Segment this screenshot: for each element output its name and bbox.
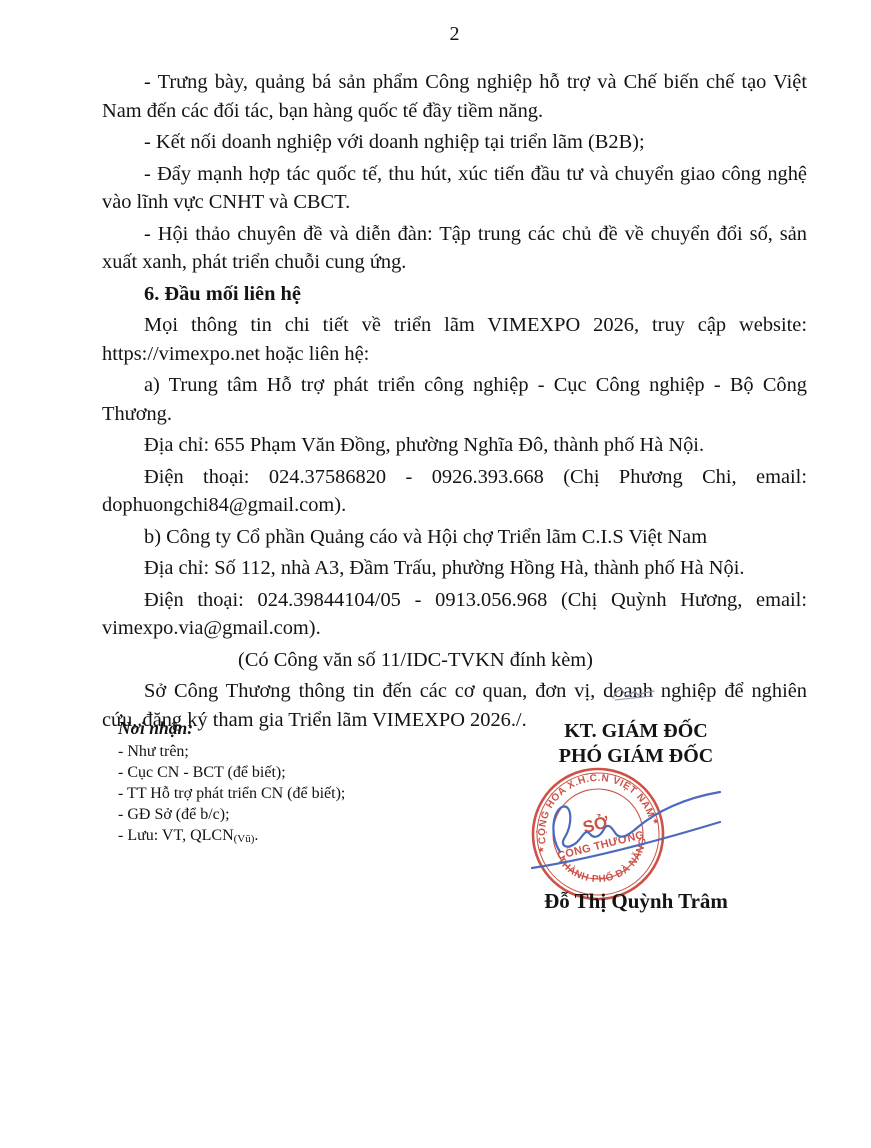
stamp-outer-ring-inner-line — [530, 766, 666, 902]
recipient-item-text: - Lưu: VT, QLCN — [118, 827, 234, 844]
recipient-item: - Lưu: VT, QLCN(Vũ). — [118, 825, 345, 850]
document-page: 2 - Trưng bày, quảng bá sản phẩm Công ng… — [0, 0, 871, 1148]
body-paragraph: Điện thoại: 024.37586820 - 0926.393.668 … — [102, 463, 807, 520]
body-paragraph: Điện thoại: 024.39844104/05 - 0913.056.9… — [102, 586, 807, 643]
recipients-block: Nơi nhận: - Như trên; - Cục CN - BCT (để… — [118, 718, 345, 850]
stamp-center-line2: CÔNG THƯƠNG — [556, 828, 646, 862]
signature-underline — [532, 822, 720, 868]
stamp-outer-ring — [530, 766, 666, 902]
stamp-star-right-icon: ★ — [651, 816, 660, 826]
recipient-item: - TT Hỗ trợ phát triển CN (để biết); — [118, 783, 345, 804]
stamp-arc-bottom-text: THÀNH PHỐ ĐÀ NẴNG — [554, 834, 657, 895]
stamp-arc-bottom-textpath: THÀNH PHỐ ĐÀ NẴNG — [554, 834, 657, 895]
signature-ink — [524, 780, 728, 872]
official-stamp: CỘNG HÒA X.H.C.N VIỆT NAM THÀNH PHỐ ĐÀ N… — [530, 766, 666, 902]
body-paragraph: - Kết nối doanh nghiệp với doanh nghiệp … — [102, 128, 807, 157]
recipient-item: - GĐ Sở (để b/c); — [118, 804, 345, 825]
stamp-inner-ring — [543, 779, 652, 888]
body-paragraph: b) Công ty Cổ phần Quảng cáo và Hội chợ … — [102, 523, 807, 552]
document-body: - Trưng bày, quảng bá sản phẩm Công nghi… — [0, 68, 807, 734]
body-paragraph: a) Trung tâm Hỗ trợ phát triển công nghi… — [102, 371, 807, 428]
stamp-arc-top-textpath: CỘNG HÒA X.H.C.N VIỆT NAM — [530, 766, 657, 846]
section-heading: 6. Đầu mối liên hệ — [102, 280, 807, 309]
signature-title-line2: PHÓ GIÁM ĐỐC — [500, 744, 772, 769]
body-paragraph: - Trưng bày, quảng bá sản phẩm Công nghi… — [102, 68, 807, 125]
attachment-note: (Có Công văn số 11/IDC-TVKN đính kèm) — [102, 646, 807, 675]
body-paragraph: Địa chỉ: 655 Phạm Văn Đồng, phường Nghĩa… — [102, 431, 807, 460]
signature-flourish — [553, 792, 720, 852]
page-number: 2 — [0, 22, 807, 46]
recipient-item-text: . — [254, 827, 258, 844]
recipient-item: - Cục CN - BCT (để biết); — [118, 762, 345, 783]
stamp-star-left-icon: ★ — [537, 844, 546, 854]
stamp-arc-top-text: CỘNG HÒA X.H.C.N VIỆT NAM — [530, 766, 657, 846]
body-paragraph: - Đẩy mạnh hợp tác quốc tế, thu hút, xúc… — [102, 160, 807, 217]
body-paragraph: - Hội thảo chuyên đề và diễn đàn: Tập tr… — [102, 220, 807, 277]
body-paragraph: Sở Công Thương thông tin đến các cơ quan… — [102, 677, 807, 734]
signer-name: Đỗ Thị Quỳnh Trâm — [500, 889, 772, 914]
recipient-item: - Như trên; — [118, 741, 345, 762]
body-paragraph: Địa chỉ: Số 112, nhà A3, Đầm Trấu, phườn… — [102, 554, 807, 583]
recipient-item-subscript: (Vũ) — [234, 833, 255, 845]
stamp-center-line1: SỞ — [581, 812, 611, 837]
body-paragraph: Mọi thông tin chi tiết về triển lãm VIME… — [102, 311, 807, 368]
